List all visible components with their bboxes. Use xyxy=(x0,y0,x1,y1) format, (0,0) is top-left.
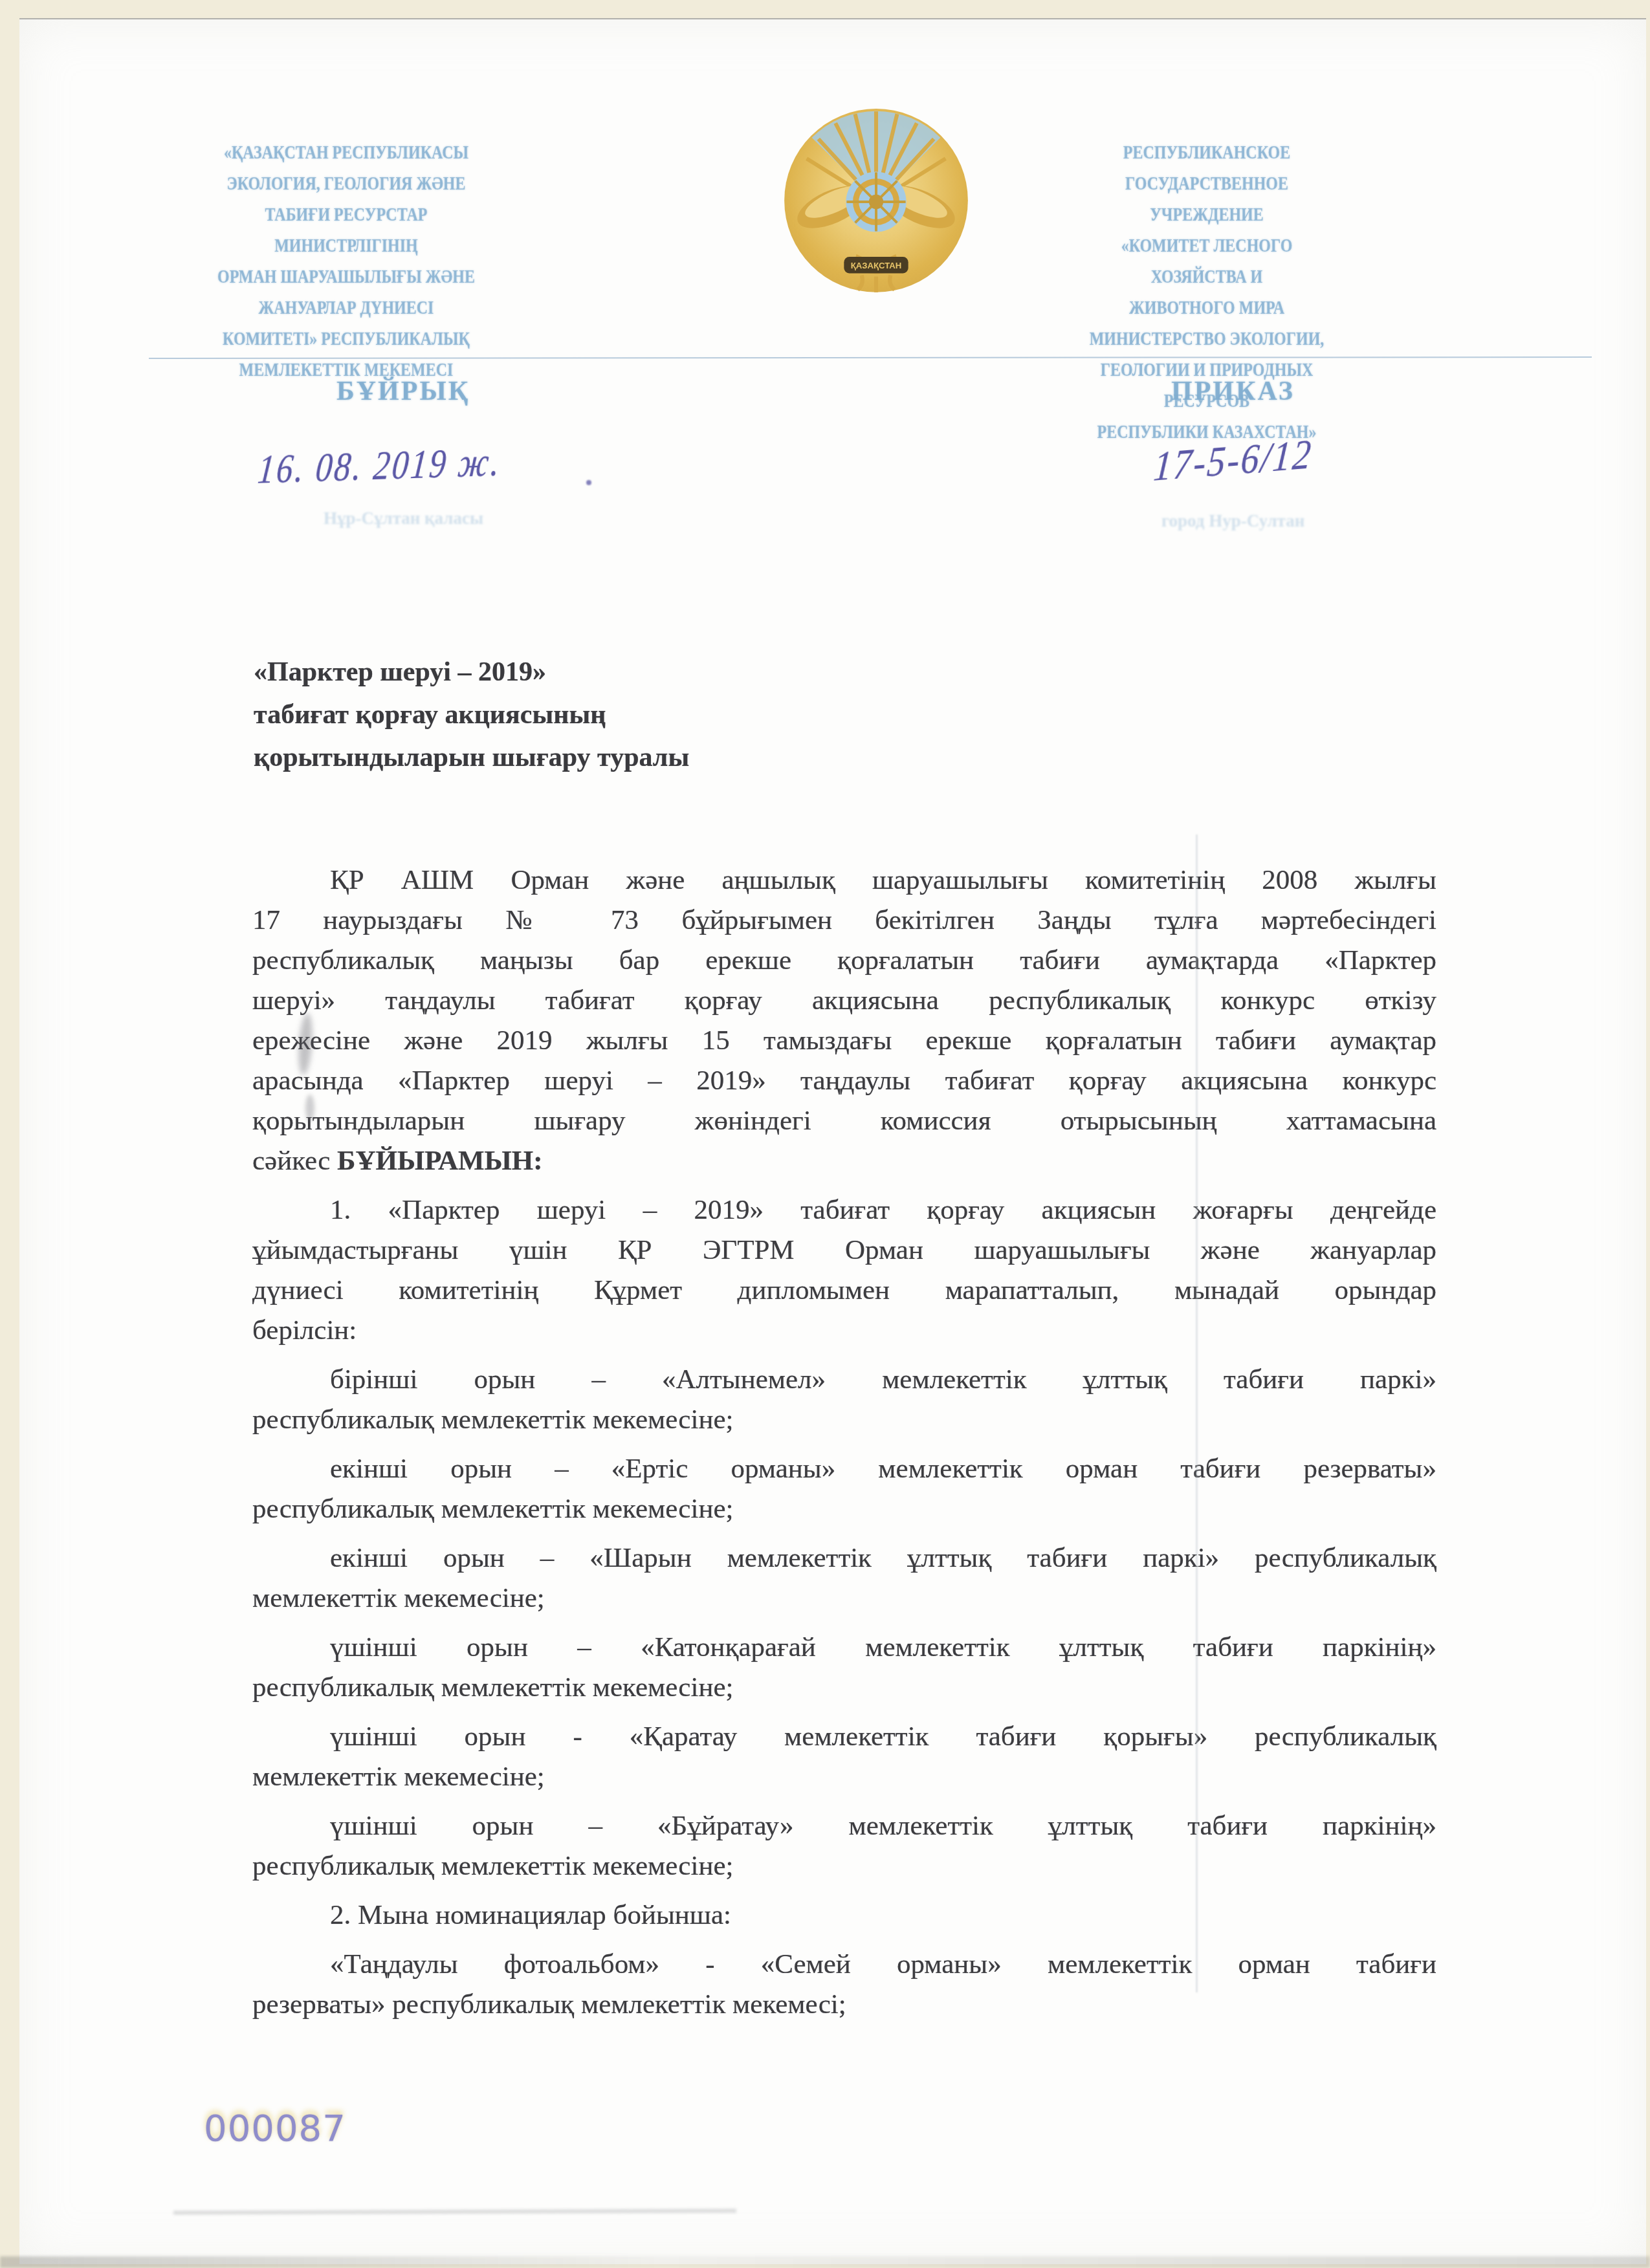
scanner-streak-artifact xyxy=(1196,834,1198,1992)
kazakhstan-state-emblem-icon: ҚАЗАҚСТАН xyxy=(778,104,974,300)
body-line: бірінші орын – «Алтынемел» мемлекеттік ұ… xyxy=(252,1360,1436,1400)
title-line-3: қорытындыларын шығару туралы xyxy=(254,736,1030,779)
order-heading-russian: ПРИКАЗ xyxy=(1171,376,1295,407)
paragraph: 2. Мына номинациялар бойынша: xyxy=(252,1895,1436,1935)
issuer-name-kazakh: «ҚАЗАҚСТАН РЕСПУБЛИКАСЫЭКОЛОГИЯ, ГЕОЛОГИ… xyxy=(181,137,511,386)
body-line: республикалық мемлекеттік мекемесіне; xyxy=(252,1400,1436,1440)
body-line: 17 наурыздағы № 73 бұйрығымен бекітілген… xyxy=(252,900,1436,941)
letterhead-line: ОРМАН ШАРУАШЫЛЫҒЫ ЖӘНЕ xyxy=(214,261,478,292)
place-name-russian: город Нур-Султан xyxy=(1161,511,1304,531)
body-line: республикалық маңызы бар ерекше қорғалат… xyxy=(252,941,1436,981)
ink-dot xyxy=(586,480,591,485)
document-title: «Парктер шеруі – 2019» табиғат қорғау ак… xyxy=(254,651,1030,779)
letterhead-line: «ҚАЗАҚСТАН РЕСПУБЛИКАСЫ xyxy=(214,137,478,168)
paragraph: үшінші орын – «Бұйратау» мемлекеттік ұлт… xyxy=(252,1806,1436,1886)
letterhead-line: «КОМИТЕТ ЛЕСНОГО ХОЗЯЙСТВА И xyxy=(1075,230,1339,292)
title-line-1: «Парктер шеруі – 2019» xyxy=(254,651,1030,693)
paragraph: ҚР АШМ Орман және аңшылық шаруашылығы ко… xyxy=(252,860,1436,1181)
order-heading-kazakh: БҰЙРЫҚ xyxy=(336,376,470,407)
body-line: республикалық мемлекеттік мекемесіне; xyxy=(252,1846,1436,1886)
title-line-2: табиғат қорғау акциясының xyxy=(254,693,1030,736)
body-line: мемлекеттік мекемесіне; xyxy=(252,1757,1436,1797)
body-line: мемлекеттік мекемесіне; xyxy=(252,1578,1436,1619)
body-line: ұйымдастырғаны үшін ҚР ЭГТРМ Орман шаруа… xyxy=(252,1230,1436,1270)
body-line: 1. «Парктер шеруі – 2019» табиғат қорғау… xyxy=(252,1190,1436,1230)
emblem-banner-text: ҚАЗАҚСТАН xyxy=(851,261,902,270)
letterhead-line: ЭКОЛОГИЯ, ГЕОЛОГИЯ ЖӘНЕ xyxy=(214,168,478,199)
handwritten-date: 16. 08. 2019 ж. xyxy=(256,440,503,494)
body-line: үшінші орын - «Қаратау мемлекеттік табиғ… xyxy=(252,1717,1436,1757)
paragraph: үшінші орын - «Қаратау мемлекеттік табиғ… xyxy=(252,1717,1436,1797)
paragraph: бірінші орын – «Алтынемел» мемлекеттік ұ… xyxy=(252,1360,1436,1440)
body-line: үшінші орын – «Бұйратау» мемлекеттік ұлт… xyxy=(252,1806,1436,1846)
letterhead-line: РЕСПУБЛИКАНСКОЕ xyxy=(1075,137,1339,168)
paragraph: үшінші орын – «Катонқарағай мемлекеттік … xyxy=(252,1628,1436,1708)
body-line: республикалық мемлекеттік мекемесіне; xyxy=(252,1489,1436,1529)
body-line: дүниесі комитетінің Құрмет дипломымен ма… xyxy=(252,1270,1436,1311)
ink-blot-artifact xyxy=(305,1095,314,1122)
registration-number-stamp: 000087 xyxy=(204,2108,346,2150)
body-text: ҚР АШМ Орман және аңшылық шаруашылығы ко… xyxy=(252,860,1436,2025)
body-line: үшінші орын – «Катонқарағай мемлекеттік … xyxy=(252,1628,1436,1668)
letterhead-line: ЖИВОТНОГО МИРА xyxy=(1075,292,1339,323)
decree-keyword: БҰЙЫРАМЫН: xyxy=(337,1146,543,1176)
paragraph: екінші орын – «Шарын мемлекеттік ұлттық … xyxy=(252,1538,1436,1619)
body-line: екінші орын – «Шарын мемлекеттік ұлттық … xyxy=(252,1538,1436,1578)
letterhead-line: КОМИТЕТІ» РЕСПУБЛИКАЛЫҚ xyxy=(214,323,478,354)
body-line: берілсін: xyxy=(252,1311,1436,1351)
letterhead-line: МИНИСТЕРСТВО ЭКОЛОГИИ, xyxy=(1075,323,1339,354)
body-line: 2. Мына номинациялар бойынша: xyxy=(252,1895,1436,1935)
body-line: ҚР АШМ Орман және аңшылық шаруашылығы ко… xyxy=(252,860,1436,900)
body-line: арасында «Парктер шеруі – 2019» таңдаулы… xyxy=(252,1061,1436,1101)
body-line: резерваты» республикалық мемлекеттік мек… xyxy=(252,1985,1436,2025)
scan-edge-shadow xyxy=(0,2256,1650,2268)
letterhead-line: ЖАНУАРЛАР ДҮНИЕСІ xyxy=(214,292,478,323)
body-line: қорытындыларын шығару жөніндегі комиссия… xyxy=(252,1101,1436,1141)
emblem-core xyxy=(869,195,883,209)
letterhead-line: ТАБИҒИ РЕСУРСТАР МИНИСТРЛІГІНІҢ xyxy=(214,199,478,261)
body-line: шеруі» таңдаулы табиғат қорғау акциясына… xyxy=(252,981,1436,1021)
paragraph: «Таңдаулы фотоальбом» - «Семей орманы» м… xyxy=(252,1945,1436,2025)
body-line: екінші орын – «Ертіс орманы» мемлекеттік… xyxy=(252,1449,1436,1489)
place-name-kazakh: Нұр-Сұлтан қаласы xyxy=(324,508,483,529)
body-line: «Таңдаулы фотоальбом» - «Семей орманы» м… xyxy=(252,1945,1436,1985)
body-line: ережесіне және 2019 жылғы 15 тамыздағы е… xyxy=(252,1021,1436,1061)
paragraph: екінші орын – «Ертіс орманы» мемлекеттік… xyxy=(252,1449,1436,1529)
body-line: сәйкес БҰЙЫРАМЫН: xyxy=(252,1141,1436,1181)
paragraph: 1. «Парктер шеруі – 2019» табиғат қорғау… xyxy=(252,1190,1436,1351)
body-line: республикалық мемлекеттік мекемесіне; xyxy=(252,1668,1436,1708)
letterhead-line: ГОСУДАРСТВЕННОЕ УЧРЕЖДЕНИЕ xyxy=(1075,168,1339,230)
scanned-document: { "letterhead": { "left_org_lines": [ "«… xyxy=(0,0,1650,2268)
issuer-name-kazakh-lines: «ҚАЗАҚСТАН РЕСПУБЛИКАСЫЭКОЛОГИЯ, ГЕОЛОГИ… xyxy=(214,137,478,386)
